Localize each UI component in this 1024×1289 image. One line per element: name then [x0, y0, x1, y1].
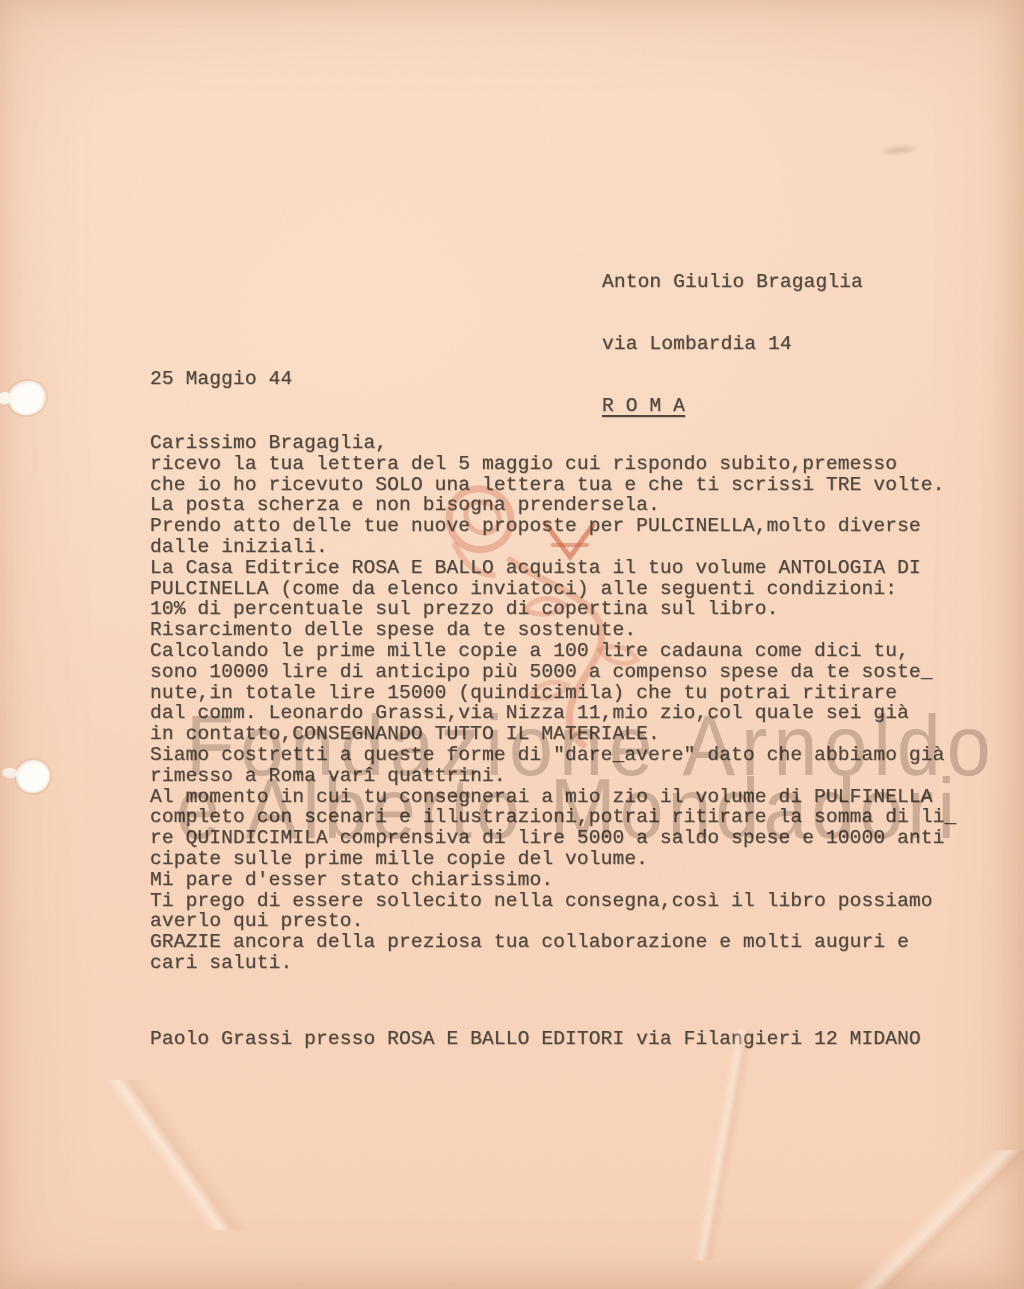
paper-crease-right — [660, 1030, 780, 1260]
letter-body-line: cari saluti. — [150, 953, 956, 974]
ink-smudge-top-right — [877, 142, 920, 158]
letter-body-line: rimesso a Roma varî quattrini. — [150, 766, 956, 787]
punch-hole-bottom-icon — [15, 759, 52, 795]
letter-body-line: Al momento in cui tu consegnerai a mio z… — [150, 787, 956, 808]
letter-body-line: GRAZIE ancora della preziosa tua collabo… — [150, 932, 956, 953]
letter-body-line: Carissimo Bragaglia, — [150, 433, 956, 454]
letter-body-line: ricevo la tua lettera del 5 maggio cui r… — [150, 454, 956, 475]
letter-body-line: La posta scherza e non bisogna prenderse… — [150, 495, 956, 516]
letter-body-line: Risarcimento delle spese da te sostenute… — [150, 620, 956, 641]
letter-body-line: nute,in totale lire 15000 (quindicimila)… — [150, 683, 956, 704]
letter-date: 25 Maggio 44 — [150, 369, 292, 390]
letter-body-line: 10% di percentuale sul prezzo di coperti… — [150, 599, 956, 620]
letter-body-line: Prendo atto delle tue nuove proposte per… — [150, 516, 956, 537]
letter-body-line: PULCINELLA (come da elenco inviatoci) al… — [150, 579, 956, 600]
letter-body-line: averlo qui presto. — [150, 911, 956, 932]
paper-crease-bottom-left — [40, 1080, 300, 1230]
signature-line: Paolo Grassi presso ROSA E BALLO EDITORI… — [150, 1029, 921, 1050]
letter-body-line: Mi pare d'esser stato chiarissimo. — [150, 870, 956, 891]
recipient-city: R O M A — [602, 396, 863, 417]
recipient-street: via Lombardia 14 — [602, 334, 863, 355]
letter-body-line: dalle iniziali. — [150, 537, 956, 558]
paper-crease-bottom-right — [850, 1150, 1024, 1289]
letter-body-line: sono 10000 lire di anticipo più 5000 a c… — [150, 662, 956, 683]
letter-body-line: Ti prego di essere sollecito nella conse… — [150, 891, 956, 912]
letter-page: Anton Giulio Bragaglia via Lombardia 14 … — [0, 0, 1024, 1289]
letter-body: Carissimo Bragaglia,ricevo la tua letter… — [150, 433, 956, 974]
letter-body-line: dal comm. Leonardo Grassi,via Nizza 11,m… — [150, 703, 956, 724]
letter-body-line: in contatto,CONSEGNANDO TUTTO IL MATERIA… — [150, 724, 956, 745]
letter-body-line: cipate sulle prime mille copie del volum… — [150, 849, 956, 870]
letter-body-line: che io ho ricevuto SOLO una lettera tua … — [150, 475, 956, 496]
recipient-address: Anton Giulio Bragaglia via Lombardia 14 … — [602, 230, 863, 459]
recipient-name: Anton Giulio Bragaglia — [602, 272, 863, 293]
letter-body-line: re QUINDICIMILA comprensiva di lire 5000… — [150, 828, 956, 849]
punch-hole-top-icon — [6, 379, 48, 418]
letter-body-line: Calcolando le prime mille copie a 100 li… — [150, 641, 956, 662]
letter-body-line: completo con scenari e illustrazioni,pot… — [150, 807, 956, 828]
letter-body-line: La Casa Editrice ROSA E BALLO acquista i… — [150, 558, 956, 579]
letter-body-line: Siamo costretti a queste forme di "dare_… — [150, 745, 956, 766]
